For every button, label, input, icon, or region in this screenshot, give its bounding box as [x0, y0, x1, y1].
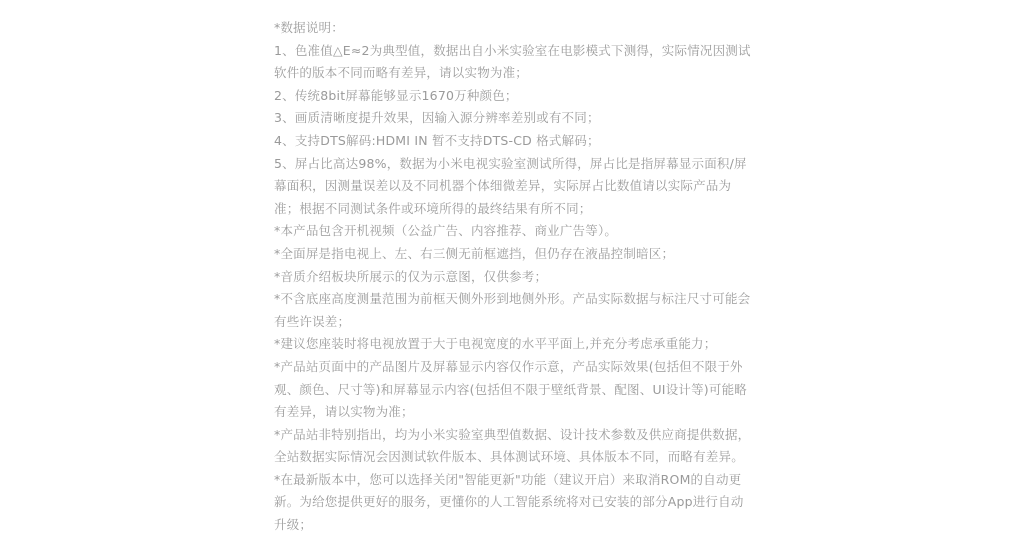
disclaimer-item-color-accuracy: 1、色准值△E≈2为典型值，数据出自小米实验室在电影模式下测得，实际情况因测试软…: [274, 40, 756, 85]
disclaimer-item-dimensions: *不含底座高度测量范围为前框天侧外形到地侧外形。产品实际数据与标注尺寸可能会有些…: [274, 288, 756, 333]
disclaimer-item-installation: *建议您座装时将电视放置于大于电视宽度的水平平面上,并充分考虑承重能力；: [274, 333, 756, 356]
disclaimer-item-dts: 4、支持DTS解码:HDMI IN 暂不支持DTS-CD 格式解码；: [274, 130, 756, 153]
disclaimer-notes: *数据说明： 1、色准值△E≈2为典型值，数据出自小米实验室在电影模式下测得，实…: [274, 17, 756, 481]
disclaimer-item-boot-video: *本产品包含开机视频（公益广告、内容推荐、商业广告等）。: [274, 220, 756, 243]
disclaimer-item-clarity: 3、画质清晰度提升效果，因输入源分辨率差别或有不同；: [274, 107, 756, 130]
disclaimer-item-smart-update: *在最新版本中，您可以选择关闭"智能更新"功能（建议开启）来取消ROM的自动更新…: [274, 469, 756, 481]
disclaimer-item-8bit-colors: 2、传统8bit屏幕能够显示1670万种颜色；: [274, 85, 756, 108]
disclaimer-item-full-screen: *全面屏是指电视上、左、右三侧无前框遮挡，但仍存在液晶控制暗区；: [274, 243, 756, 266]
disclaimer-item-images: *产品站页面中的产品图片及屏幕显示内容仅作示意，产品实际效果(包括但不限于外观、…: [274, 356, 756, 424]
disclaimer-item-screen-ratio: 5、屏占比高达98%，数据为小米电视实验室测试所得，屏占比是指屏幕显示面积/屏幕…: [274, 153, 756, 221]
disclaimer-item-lab-data: *产品站非特别指出，均为小米实验室典型值数据、设计技术参数及供应商提供数据，全站…: [274, 424, 756, 469]
disclaimer-item-audio: *音质介绍板块所展示的仅为示意图，仅供参考；: [274, 266, 756, 289]
disclaimer-title: *数据说明：: [274, 17, 756, 40]
